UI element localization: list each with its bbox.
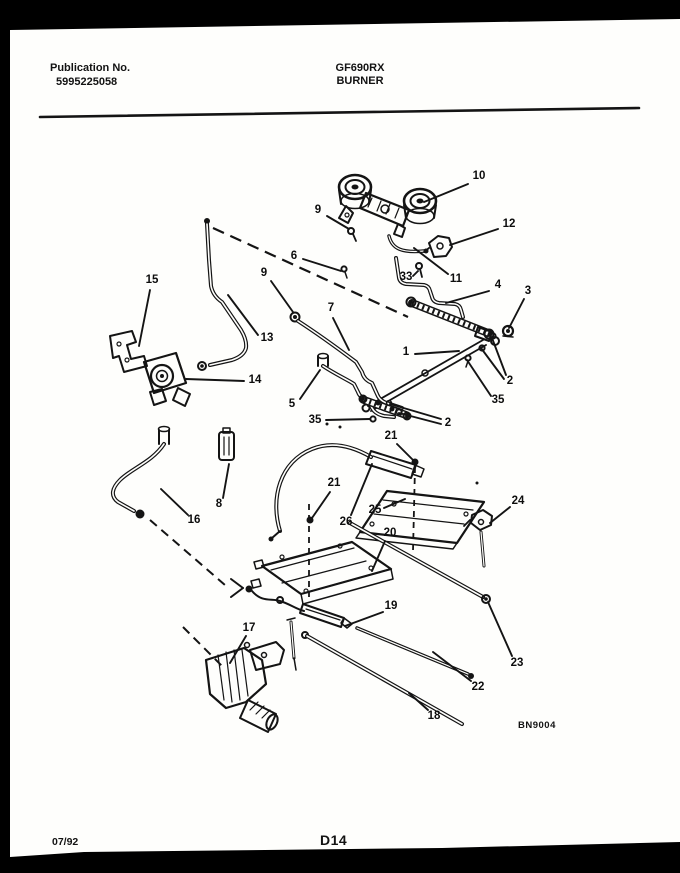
screw-9-top <box>348 228 356 241</box>
pressure-regulator-17 <box>206 642 284 732</box>
screw-33 <box>416 263 422 277</box>
callout-4: 4 <box>488 278 508 293</box>
callout-10: 10 <box>469 169 489 184</box>
callout-22: 22 <box>468 680 488 695</box>
burner-pan-25 <box>356 491 484 549</box>
leader-line-23 <box>488 602 512 656</box>
scanned-page-container: Publication No. 5995225058 GF690RX BURNE… <box>0 0 680 873</box>
callout-18: 18 <box>424 709 444 724</box>
leader-line-1 <box>415 351 459 354</box>
callout-5: 5 <box>282 397 302 412</box>
callout-21: 21 <box>381 429 401 444</box>
exploded-diagram-svg <box>0 0 680 873</box>
burner-pan-20 <box>251 542 393 604</box>
callout-1: 1 <box>396 345 416 360</box>
callout-20: 20 <box>380 526 400 541</box>
leader-line-3 <box>509 299 524 328</box>
callout-23: 23 <box>507 656 527 671</box>
leader-line-16 <box>161 489 188 515</box>
footer-revision-date: 07/92 <box>52 836 78 848</box>
callout-35: 35 <box>305 413 325 428</box>
callout-6: 6 <box>284 249 304 264</box>
diagram-reference-code: BN9004 <box>518 720 556 731</box>
callout-9: 9 <box>254 266 274 281</box>
leader-line-24 <box>490 507 510 523</box>
callout-21: 21 <box>324 476 344 491</box>
callout-2: 2 <box>500 374 520 389</box>
electrode-tube <box>287 618 296 670</box>
callout-7: 7 <box>321 301 341 316</box>
callout-14: 14 <box>245 373 265 388</box>
callout-19: 19 <box>381 599 401 614</box>
igniter-bracket-12 <box>424 236 452 257</box>
header-rule <box>40 108 639 117</box>
leader-line-22 <box>433 652 471 681</box>
callout-2: 2 <box>438 416 458 431</box>
leader-line-14 <box>186 379 244 381</box>
loop-tube-11 <box>389 236 429 254</box>
footer-page-id: D14 <box>320 832 347 848</box>
burner-head-assembly <box>339 175 436 237</box>
leader-line-6 <box>303 259 341 271</box>
leader-line-11 <box>414 248 448 274</box>
leader-line-9 <box>271 281 293 312</box>
callout-25: 25 <box>365 503 385 518</box>
flex-tube-16 <box>113 427 170 519</box>
leader-line-12 <box>450 229 498 245</box>
leader-line-15 <box>139 290 150 346</box>
spark-module-8 <box>219 428 234 460</box>
callout-8: 8 <box>209 497 229 512</box>
screw-6-target <box>341 266 347 278</box>
leader-line-8 <box>223 464 229 498</box>
callout-35: 35 <box>488 393 508 408</box>
callout-15: 15 <box>142 273 162 288</box>
leader-line-21 <box>312 492 330 518</box>
callout-11: 11 <box>446 272 466 287</box>
leader-line-35 <box>467 360 491 396</box>
callout-13: 13 <box>257 331 277 346</box>
orifice-fitting-3 <box>503 326 513 337</box>
leader-line-5 <box>300 370 320 399</box>
scan-speck <box>476 482 479 485</box>
gas-valve-14 <box>144 353 190 406</box>
callout-12: 12 <box>499 217 519 232</box>
leader-line-19 <box>345 612 383 626</box>
callout-3: 3 <box>518 284 538 299</box>
callout-26: 26 <box>336 515 356 530</box>
callout-9: 9 <box>308 203 328 218</box>
callout-24: 24 <box>508 494 528 509</box>
leader-line-35 <box>326 419 370 420</box>
callout-16: 16 <box>184 513 204 528</box>
tube-22 <box>357 628 474 679</box>
callout-33: 33 <box>396 270 416 285</box>
leader-line-21 <box>397 444 413 460</box>
burner-tube-7 <box>291 313 403 409</box>
leader-line-4 <box>446 291 489 303</box>
crossover-tube-23 <box>350 523 490 603</box>
callout-17: 17 <box>239 621 259 636</box>
